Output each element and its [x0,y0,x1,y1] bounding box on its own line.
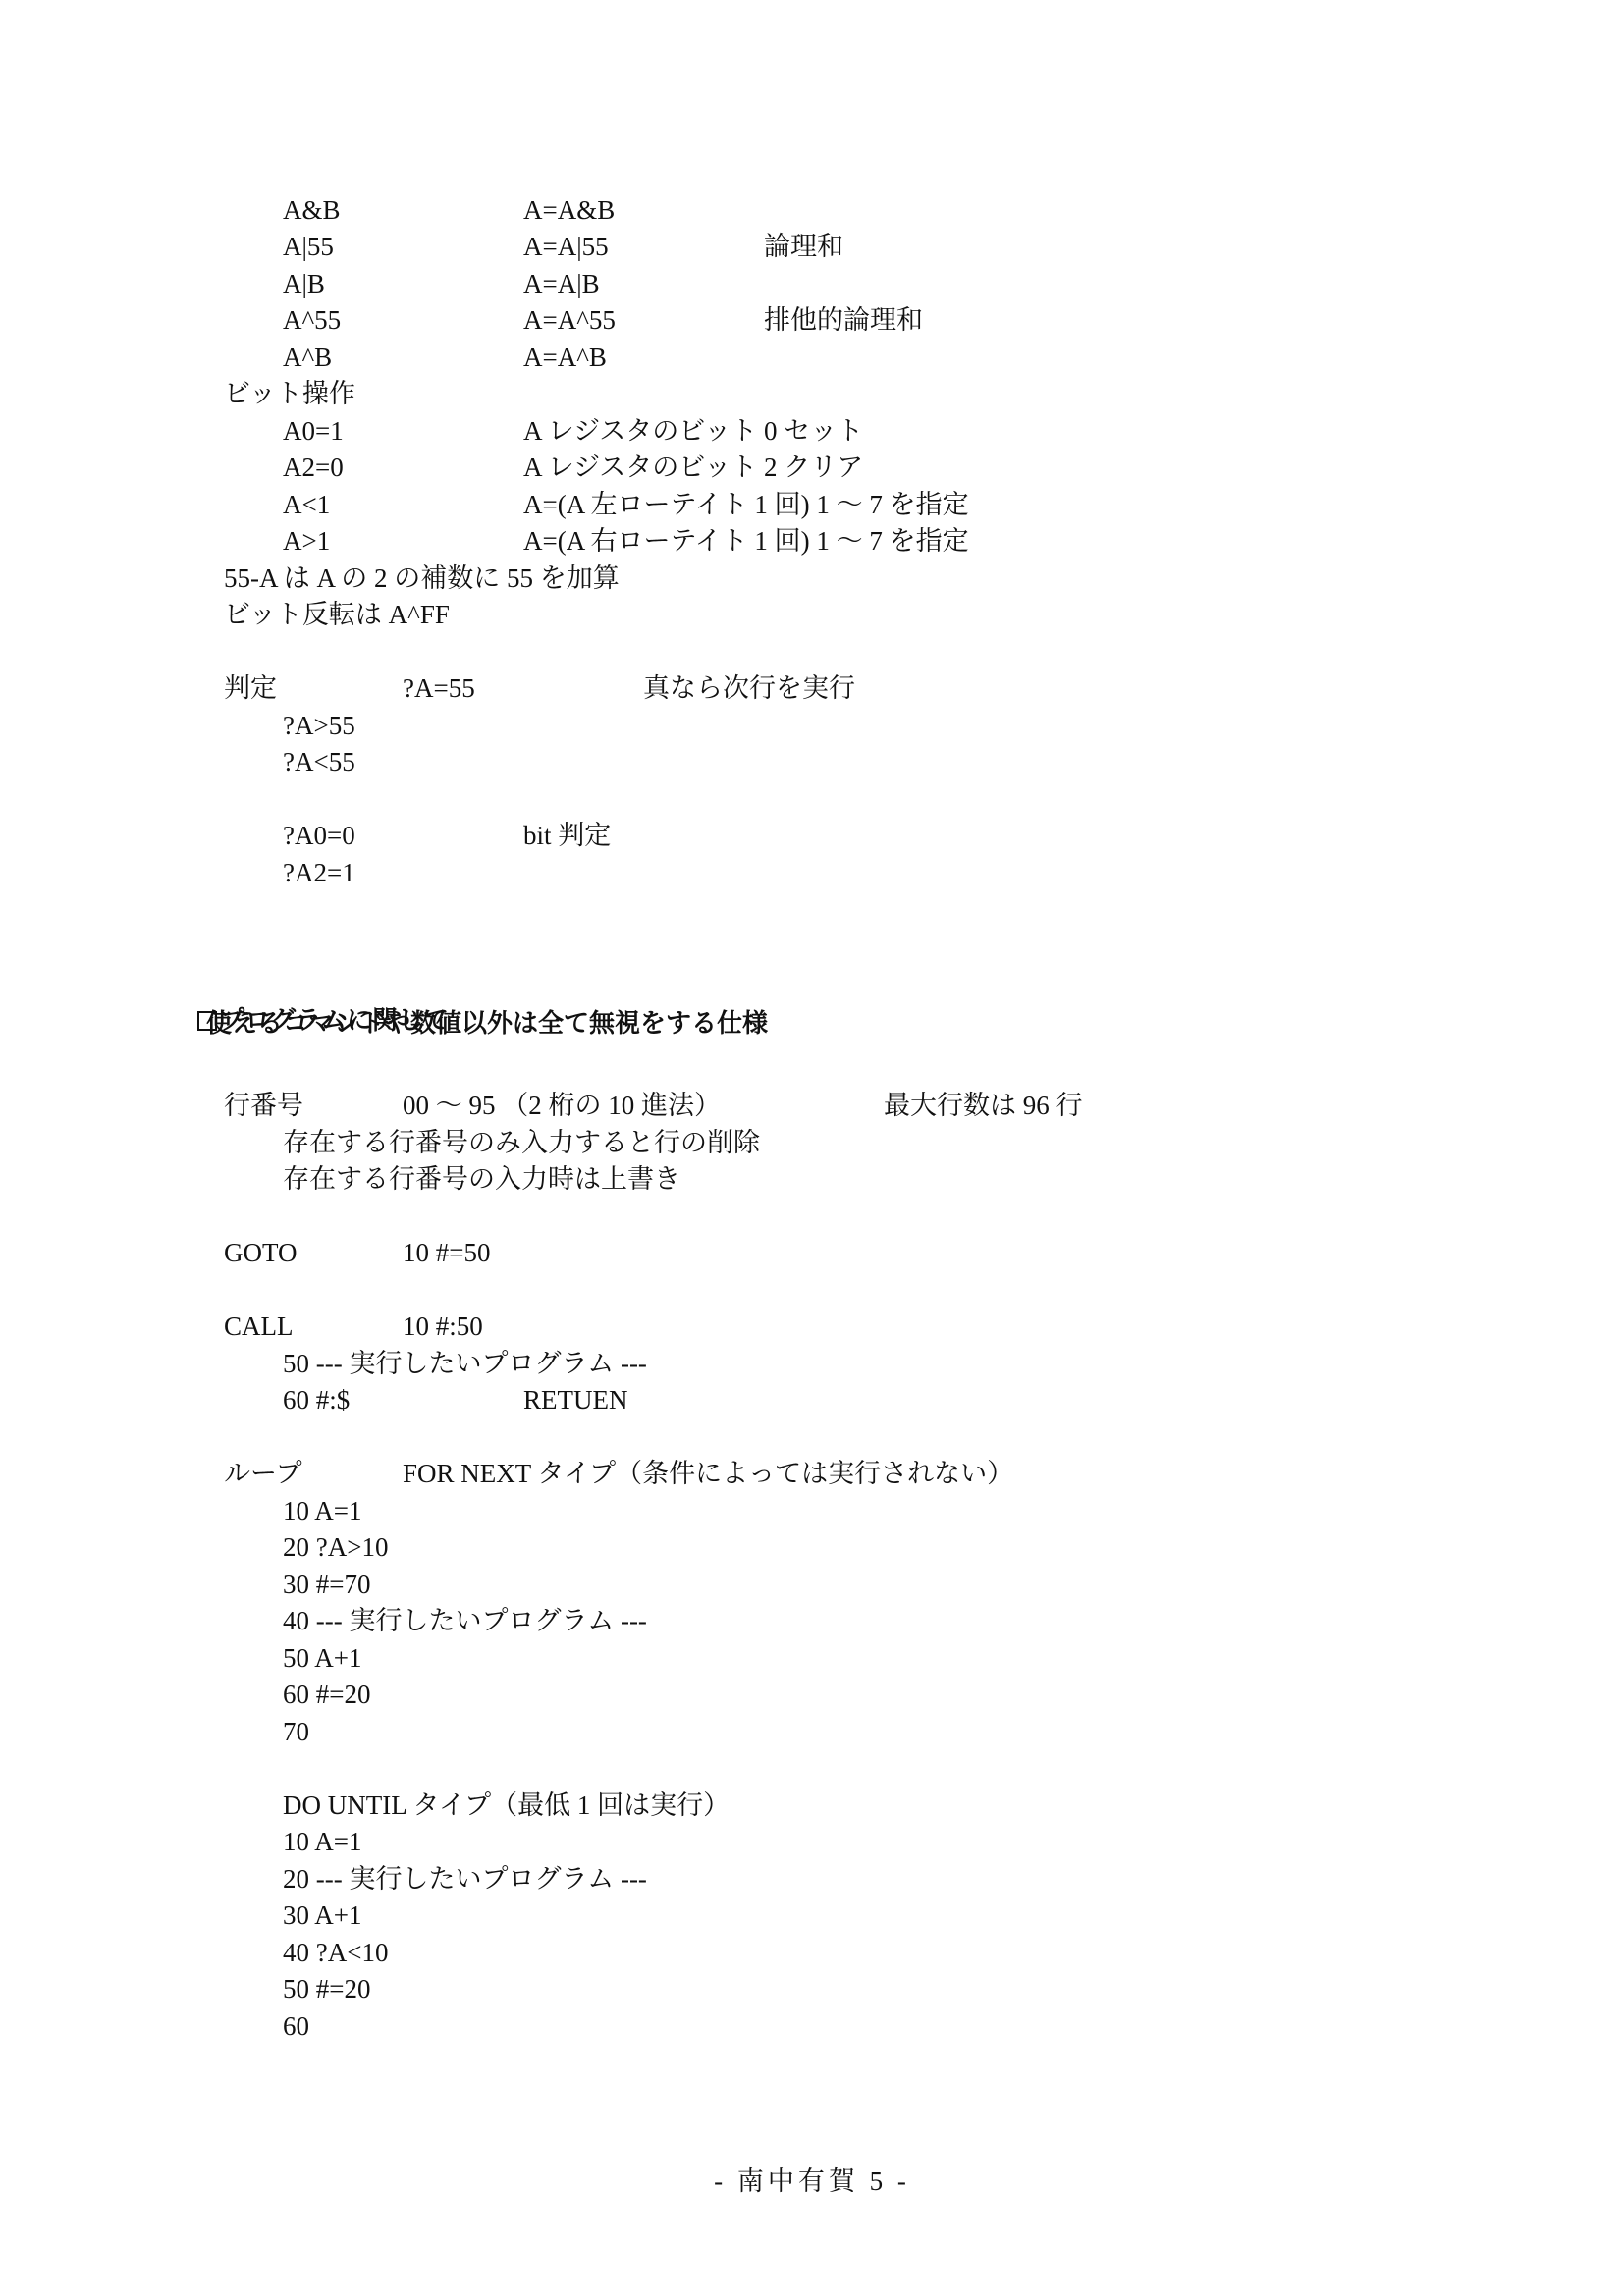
loop-label: ループ [224,1457,302,1490]
do-until-line: 10 A=1 [283,1825,362,1858]
do-until-line: 60 [283,2009,309,2043]
line-number-range: 00 ～ 95 （2 桁の 10 進法） [403,1089,721,1122]
judge-row: ?A>55 [283,709,355,742]
for-next-line: 40 --- 実行したいプログラム --- [283,1604,647,1637]
judge-example: ?A=55 [403,671,475,705]
line-number-note: 存在する行番号の入力時は上書き [283,1162,680,1196]
logic-desc: 論理和 [764,230,843,263]
logic-op: A&B [283,193,341,227]
bit-ops-title: ビット操作 [224,377,355,410]
judge-title: 判定 [224,671,277,705]
for-next-line: 70 [283,1715,309,1748]
logic-eq: A=A&B [523,193,615,227]
page-footer: - 南中有賀 5 - [0,2160,1624,2198]
goto-example: 10 #=50 [403,1236,490,1269]
logic-op: A|55 [283,230,334,263]
bit-op-desc: A=(A 左ローテイト 1 回) 1 ～ 7 を指定 [523,488,969,521]
goto-label: GOTO [224,1236,298,1269]
line-number-max: 最大行数は 96 行 [884,1089,1083,1122]
line-number-note: 存在する行番号のみ入力すると行の削除 [283,1126,760,1159]
call-example: 10 #:50 [403,1309,483,1343]
logic-desc: 排他的論理和 [764,303,923,337]
do-until-title: DO UNTIL タイプ（最低 1 回は実行） [283,1789,730,1822]
for-next-line: 30 #=70 [283,1568,370,1601]
for-next-line: 20 ?A>10 [283,1530,388,1564]
logic-eq: A=A^B [523,341,607,374]
for-next-title: FOR NEXT タイプ（条件によっては実行されない） [403,1457,1013,1490]
call-return-desc: RETUEN [523,1383,627,1416]
bit-ops-note: 55-A は A の 2 の補数に 55 を加算 [224,561,620,595]
bit-ops-note: ビット反転は A^FF [224,598,450,631]
logic-op: A^B [283,341,332,374]
for-next-line: 50 A+1 [283,1641,362,1675]
for-next-line: 10 A=1 [283,1494,362,1527]
bit-op-desc: A レジスタのビット 2 クリア [523,451,863,484]
judge-row: ?A<55 [283,745,355,778]
judge-desc: 真なら次行を実行 [643,671,855,705]
logic-eq: A=A|55 [523,230,609,263]
do-until-line: 30 A+1 [283,1898,362,1932]
section-subheading: 使えるコマンドや数値以外は全て無視をする仕様 [206,1007,768,1041]
call-line: 50 --- 実行したいプログラム --- [283,1347,647,1380]
bit-op-desc: A レジスタのビット 0 セット [523,414,863,448]
judge-bit-row: ?A0=0 [283,819,355,852]
judge-bit-desc: bit 判定 [523,819,611,852]
bit-op: A>1 [283,524,330,558]
do-until-line: 40 ?A<10 [283,1936,388,1969]
line-number-label: 行番号 [224,1089,303,1122]
bit-op: A0=1 [283,414,344,448]
call-label: CALL [224,1309,294,1343]
logic-eq: A=A|B [523,267,600,300]
bit-op-desc: A=(A 右ローテイト 1 回) 1 ～ 7 を指定 [523,524,969,558]
bit-op: A<1 [283,488,330,521]
for-next-line: 60 #=20 [283,1678,370,1711]
logic-eq: A=A^55 [523,303,616,337]
do-until-line: 20 --- 実行したいプログラム --- [283,1862,647,1896]
judge-bit-row: ?A2=1 [283,856,355,889]
do-until-line: 50 #=20 [283,1972,370,2005]
bit-op: A2=0 [283,451,344,484]
logic-op: A^55 [283,303,341,337]
call-line: 60 #:$ [283,1383,350,1416]
logic-op: A|B [283,267,325,300]
